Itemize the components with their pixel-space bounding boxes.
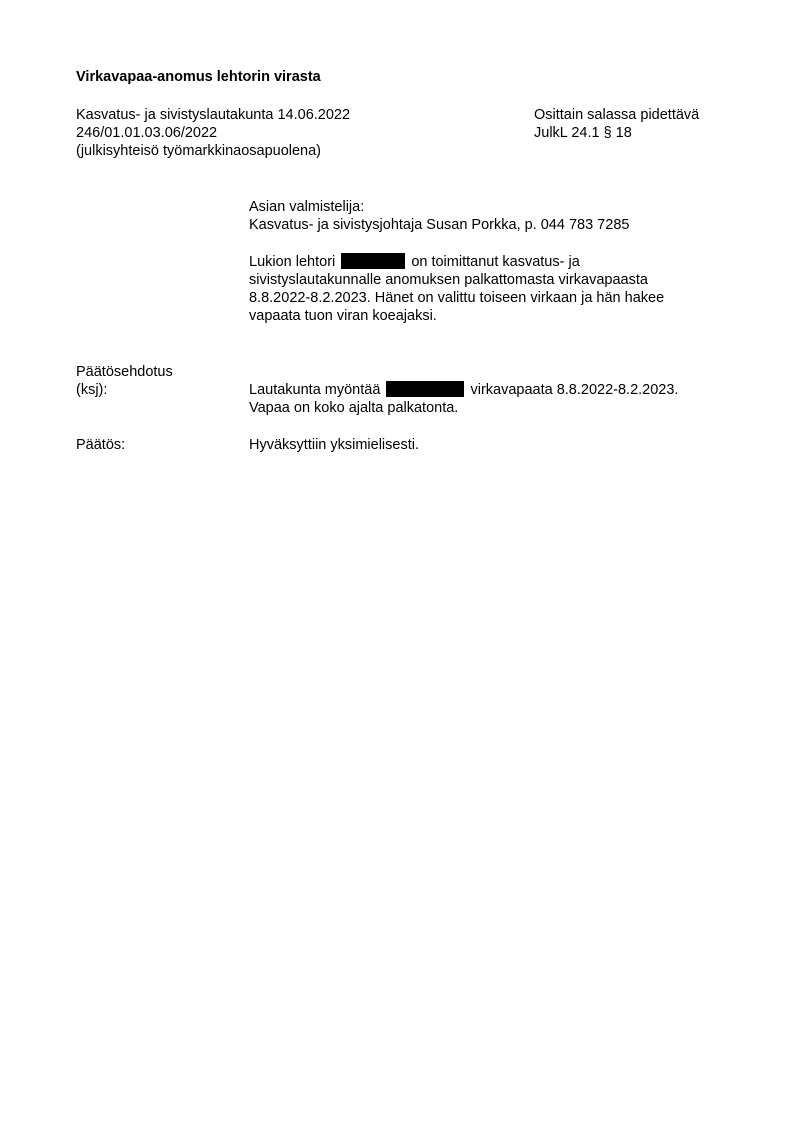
preparer-value: Kasvatus- ja sivistysjohtaja Susan Porkk… — [249, 216, 629, 234]
body-line-1: Lukion lehtori on toimittanut kasvatus- … — [249, 253, 580, 271]
body-line-3: 8.8.2022-8.2.2023. Hänet on valittu tois… — [249, 289, 664, 307]
proposal-label: Päätösehdotus — [76, 363, 173, 381]
proposal-line-2: Vapaa on koko ajalta palkatonta. — [249, 399, 458, 417]
body-line-2: sivistyslautakunnalle anomuksen palkatto… — [249, 271, 648, 289]
confidentiality-label: Osittain salassa pidettävä — [534, 106, 699, 124]
proposal-label-ksj: (ksj): — [76, 381, 107, 399]
proposal-start: Lautakunta myöntää — [249, 382, 380, 398]
header-committee-date: Kasvatus- ja sivistyslautakunta 14.06.20… — [76, 106, 350, 124]
redacted-name — [386, 381, 464, 397]
proposal-end: virkavapaata 8.8.2022-8.2.2023. — [470, 382, 678, 398]
body-line-4: vapaata tuon viran koeajaksi. — [249, 307, 437, 325]
decision-label: Päätös: — [76, 436, 125, 454]
document-title: Virkavapaa-anomus lehtorin virasta — [76, 68, 321, 86]
legal-reference: JulkL 24.1 § 18 — [534, 124, 632, 142]
body-line-1-end: on toimittanut kasvatus- ja — [411, 254, 579, 270]
proposal-line-1: Lautakunta myöntää virkavapaata 8.8.2022… — [249, 381, 678, 399]
preparer-label: Asian valmistelija: — [249, 198, 364, 216]
redacted-name — [341, 253, 405, 269]
body-line-1-start: Lukion lehtori — [249, 254, 335, 270]
decision-value: Hyväksyttiin yksimielisesti. — [249, 436, 419, 454]
header-capacity: (julkisyhteisö työmarkkinaosapuolena) — [76, 142, 321, 160]
header-record-number: 246/01.01.03.06/2022 — [76, 124, 217, 142]
